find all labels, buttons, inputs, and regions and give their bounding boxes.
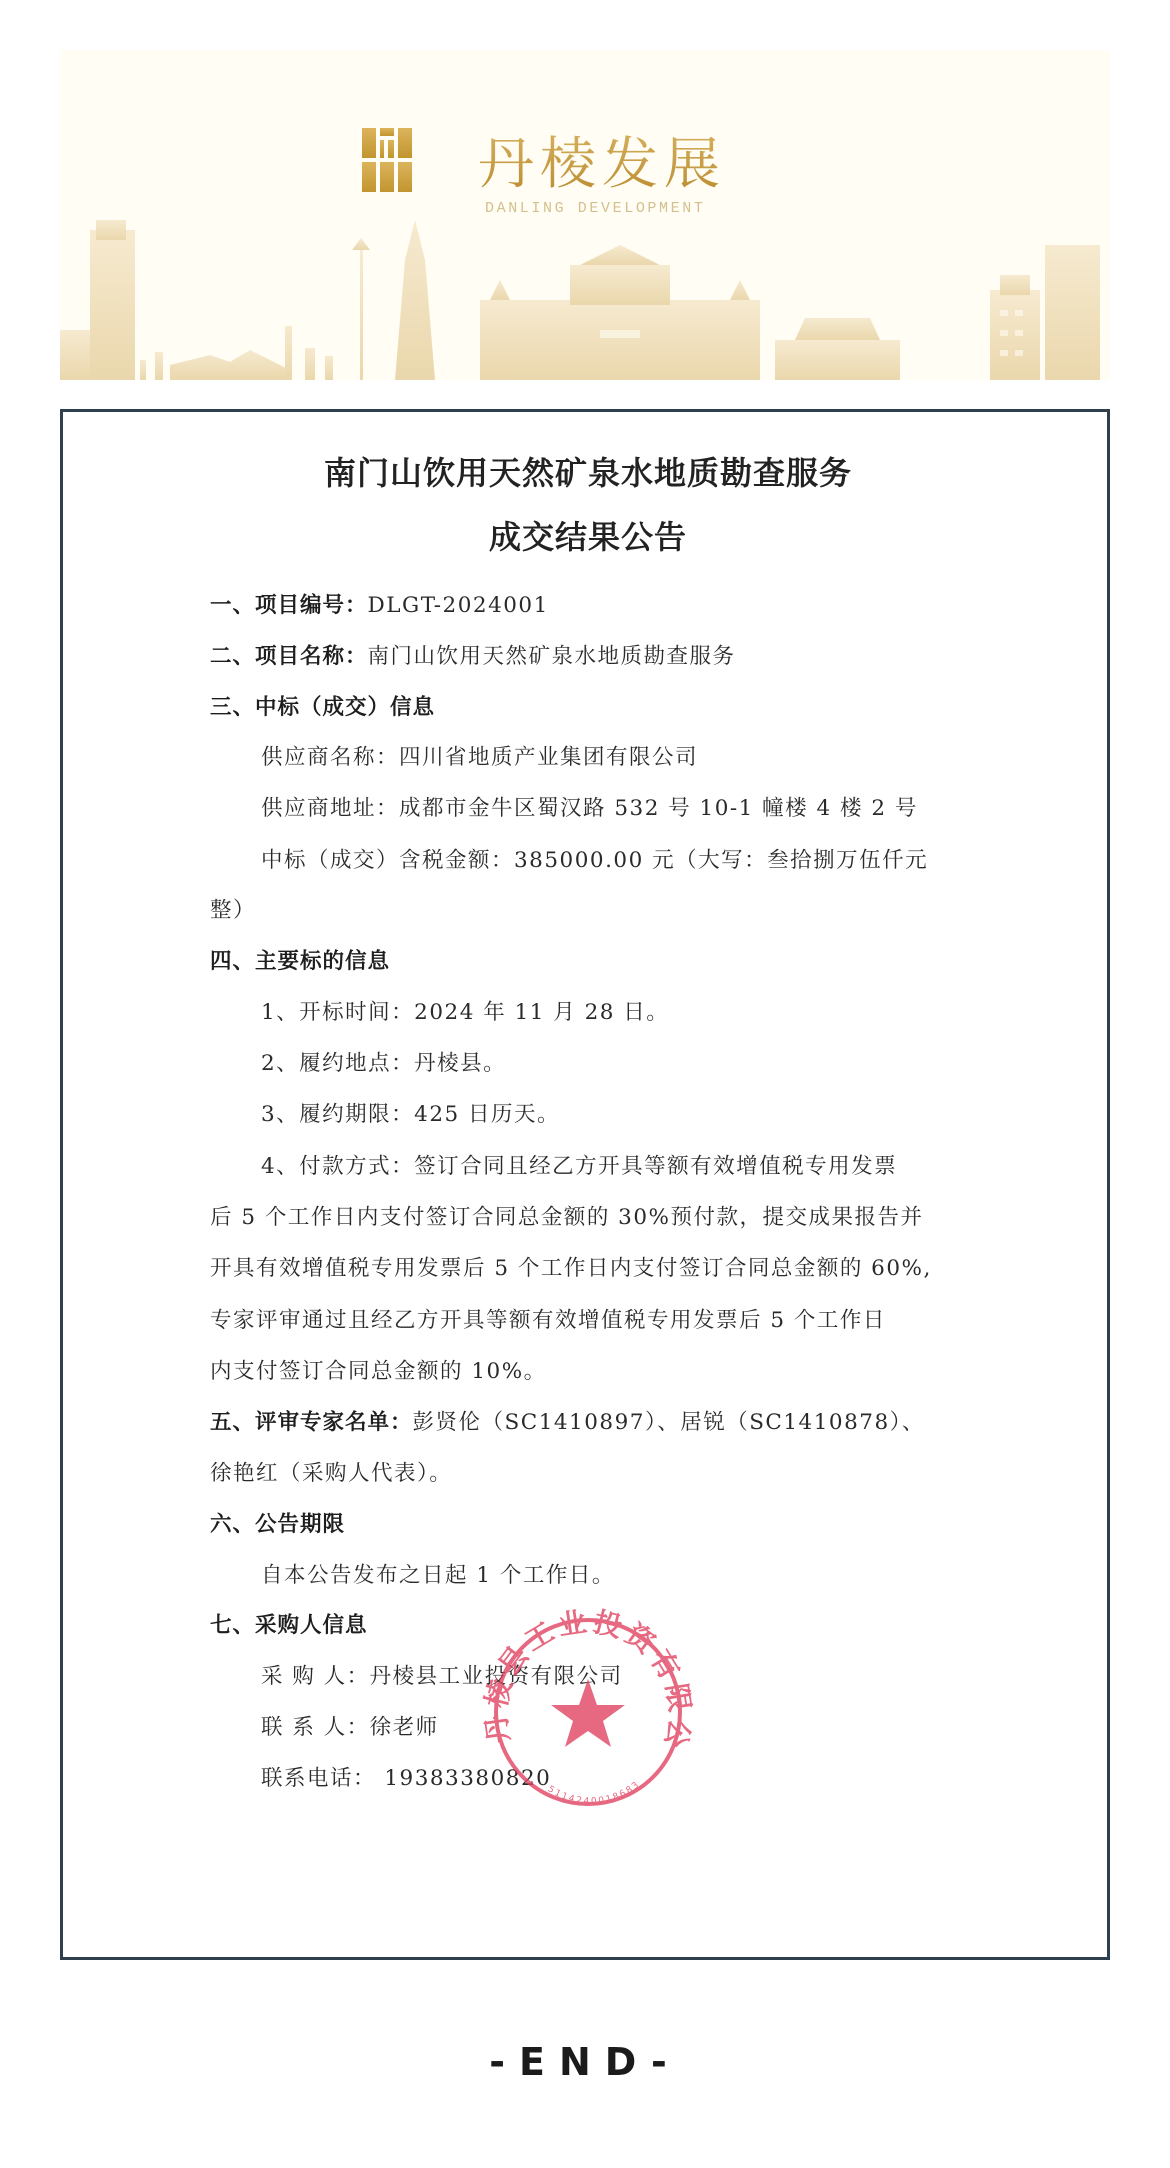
seal-number: 5114240018683: [546, 1779, 643, 1807]
brand-subtitle: DANLING DEVELOPMENT: [485, 200, 705, 217]
announcement-document: 南门山饮用天然矿泉水地质勘查服务 成交结果公告 一、项目编号：DLGT-2024…: [60, 409, 1110, 1960]
brand-banner: 丹棱发展 DANLING DEVELOPMENT: [60, 50, 1110, 380]
performance-period: 3、履约期限：425 日历天。: [261, 1097, 560, 1128]
project-number-value: DLGT-2024001: [368, 593, 549, 618]
project-name-label: 二、项目名称：: [210, 644, 368, 669]
payment-terms-line: 后 5 个工作日内支付签订合同总金额的 30%预付款，提交成果报告并: [210, 1200, 923, 1231]
payment-terms-line: 内支付签订合同总金额的 10%。: [210, 1354, 547, 1385]
end-mark: -END-: [0, 2040, 1170, 2084]
award-amount-cont: 整）: [210, 893, 256, 924]
payment-terms-line: 开具有效增值税专用发票后 5 个工作日内支付签订合同总金额的 60%,: [210, 1251, 932, 1282]
section-period-heading: 六、公告期限: [210, 1507, 345, 1538]
contact-phone: 联系电话： 19383380820: [261, 1761, 551, 1792]
city-skyline-illustration: [60, 220, 1110, 380]
section-purchaser-heading: 七、采购人信息: [210, 1608, 368, 1639]
expert-list-value: 彭贤伦（SC1410897）、居锐（SC1410878）、: [413, 1410, 925, 1435]
document-subtitle: 成交结果公告: [63, 512, 1113, 558]
expert-list-cont: 徐艳红（采购人代表）。: [210, 1456, 452, 1487]
supplier-name: 供应商名称：四川省地质产业集团有限公司: [261, 740, 698, 771]
section-subject-heading: 四、主要标的信息: [210, 944, 390, 975]
project-number-row: 一、项目编号：DLGT-2024001: [210, 588, 549, 619]
contact-person: 联 系 人：徐老师: [261, 1710, 439, 1741]
project-name-row: 二、项目名称：南门山饮用天然矿泉水地质勘查服务: [210, 639, 736, 670]
purchaser-name: 采 购 人：丹棱县工业投资有限公司: [261, 1659, 623, 1690]
logo-grid-icon: [362, 128, 412, 192]
expert-list-label: 五、评审专家名单：: [210, 1410, 413, 1435]
document-title: 南门山饮用天然矿泉水地质勘查服务: [63, 448, 1113, 494]
svg-text:5114240018683: 5114240018683: [546, 1779, 643, 1807]
payment-terms-line: 专家评审通过且经乙方开具等额有效增值税专用发票后 5 个工作日: [210, 1303, 886, 1334]
supplier-address: 供应商地址：成都市金牛区蜀汉路 532 号 10-1 幢楼 4 楼 2 号: [261, 791, 918, 822]
bid-opening-time: 1、开标时间：2024 年 11 月 28 日。: [261, 995, 669, 1026]
expert-list-row: 五、评审专家名单：彭贤伦（SC1410897）、居锐（SC1410878）、: [210, 1405, 925, 1436]
announcement-period: 自本公告发布之日起 1 个工作日。: [261, 1558, 615, 1589]
project-number-label: 一、项目编号：: [210, 593, 368, 618]
payment-terms-line: 4、付款方式：签订合同且经乙方开具等额有效增值税专用发票: [261, 1149, 897, 1180]
brand-name: 丹棱发展: [478, 120, 726, 200]
section-award-heading: 三、中标（成交）信息: [210, 690, 435, 721]
project-name-value: 南门山饮用天然矿泉水地质勘查服务: [368, 644, 736, 669]
performance-location: 2、履约地点：丹棱县。: [261, 1046, 506, 1077]
award-amount: 中标（成交）含税金额：385000.00 元（大写：叁拾捌万伍仟元: [261, 843, 928, 874]
